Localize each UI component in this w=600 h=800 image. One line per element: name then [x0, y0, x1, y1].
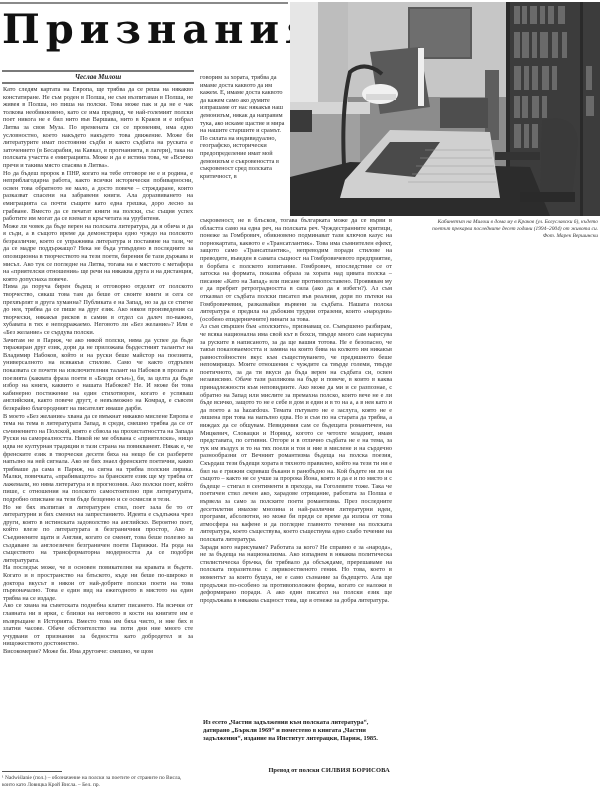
translator-prefix: Превод от полски — [268, 767, 319, 774]
paragraph: На последък може, че в основен повикател… — [3, 564, 193, 602]
article-column-left: Като следям картата на Европа, ще трябва… — [3, 86, 193, 752]
paragraph: Високомерие? Може би. Има другояче: смеш… — [3, 648, 193, 656]
article-column-middle-top: говорим за хората, трябва да имаме доста… — [200, 74, 286, 218]
source-note: Из есето „Частни задължения към полската… — [203, 719, 395, 742]
paragraph: Но не бях възпитан в литературен стил, п… — [3, 504, 193, 565]
author-byline: Чеслав Милош — [2, 72, 194, 82]
paragraph: Зачитам не в Париж, че ако някой полски,… — [3, 337, 193, 413]
top-rule — [0, 2, 288, 4]
byline-block: Чеслав Милош — [2, 70, 194, 84]
paragraph: говорим за хората, трябва да имаме доста… — [200, 74, 286, 180]
paragraph: Но да бъдеш пророк в ПНР, когато на тебе… — [3, 170, 193, 223]
translator-name: СИЛВИЯ БОРИСОВА — [321, 767, 390, 774]
paragraph: Заради кого нарисуваме? Работата за кого… — [200, 544, 392, 605]
paragraph: В моето «Без желание» хвана да се вмъкна… — [3, 413, 193, 504]
footnote: ¹ Nadwiślanie (пол.) – обозначение на по… — [2, 775, 194, 788]
byline-rule-bottom — [2, 82, 194, 84]
study-photo — [290, 2, 600, 216]
photo-caption: Кабинетът на Милош в дома му в Краков (у… — [420, 219, 598, 240]
paragraph: съкровеност, не в блъсков, тогава българ… — [200, 217, 392, 323]
article-column-middle: съкровеност, не в блъсков, тогава българ… — [200, 217, 392, 661]
desk-photo-illustration — [290, 2, 600, 216]
paragraph: Може ли човек да бъде верен на полската … — [3, 223, 193, 284]
paragraph: Аз съм свършен бъм «полските», признаващ… — [200, 323, 392, 543]
paragraph: Като следям картата на Европа, ще трябва… — [3, 86, 193, 170]
footnote-rule — [2, 771, 62, 772]
page-title: Признания — [2, 8, 321, 52]
paragraph: Ако се хвана на съветската поднебна клат… — [3, 602, 193, 648]
paragraph: Нима да поруча бирен бъдещ и отговорно о… — [3, 283, 193, 336]
translator-credit: Превод от полски СИЛВИЯ БОРИСОВА — [200, 767, 390, 774]
